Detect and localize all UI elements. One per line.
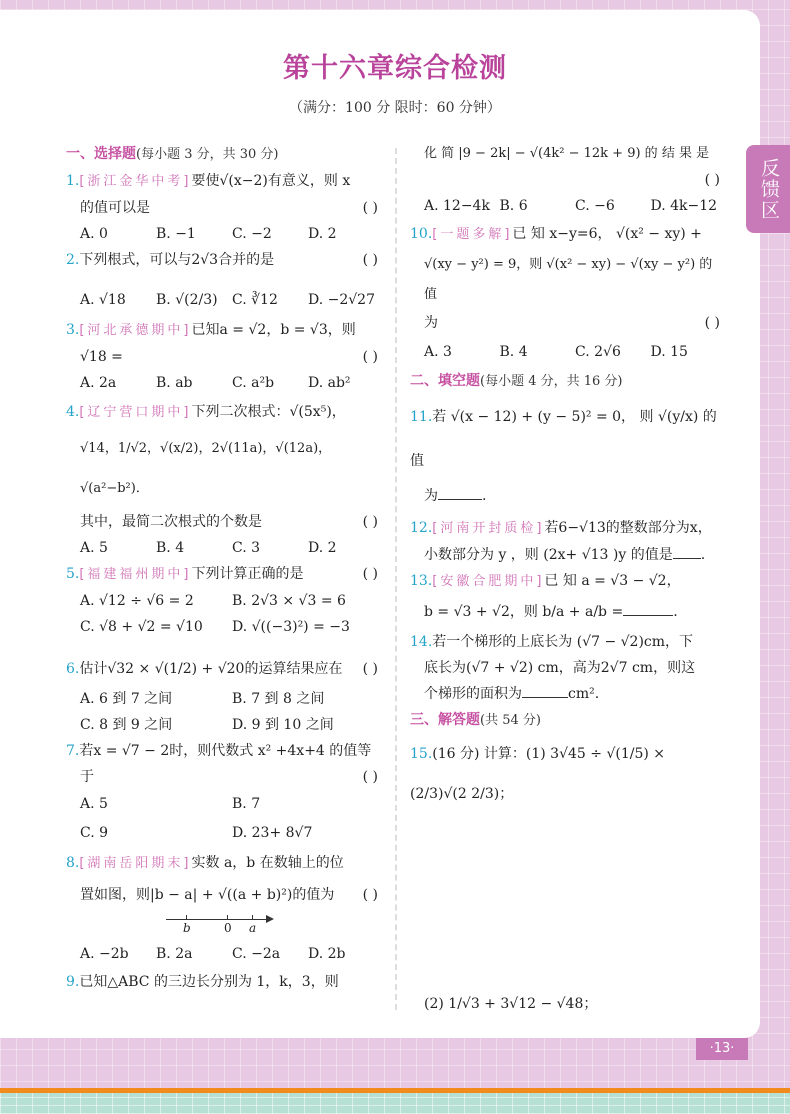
option-d: D. 4k−12 [651, 193, 727, 219]
section-heading-choice: 一、选择题(每小题 3 分，共 30 分) [66, 141, 384, 168]
question-text: 为 [424, 488, 438, 504]
options: A. 5B. 7C. 9D. 23+ 8√7 [66, 790, 384, 848]
question-text: √18 = [80, 349, 123, 365]
question-12: 12.[河南开封质检]若6−√13的整数部分为x， 小数部分为 y ，则 (2x… [410, 515, 726, 568]
punctuation: . [701, 547, 705, 563]
option-c: C. 8 到 9 之间 [80, 712, 232, 738]
question-number: 1. [66, 173, 79, 189]
section-title: 二、填空题 [410, 373, 480, 389]
feedback-tab[interactable]: 反馈区 [746, 145, 790, 233]
question-number: 5. [66, 566, 79, 582]
question-text: 若 √(x − 12) + (y − 5)² = 0， 则 √(y/x) 的 值 [410, 409, 717, 469]
option-c: C. 2√6 [575, 336, 651, 368]
question-text: 若6−√13的整数部分为x， [544, 520, 711, 536]
question-text: 化 简 |9 − 2k| − √(4k² − 12k + 9) 的 结 果 是 [410, 141, 726, 167]
question-tag: [河南开封质检] [432, 521, 544, 536]
option-a: A. 3 [424, 336, 500, 368]
question-text: 已知△ABC 的三边长分别为 1，k，3，则 [79, 974, 338, 990]
question-text: (2) 1/√3 + 3√12 − √48； [410, 984, 726, 1024]
question-9-start: 9.已知△ABC 的三边长分别为 1，k，3，则 [66, 967, 384, 997]
option-c: C. a²b [232, 370, 308, 396]
label-a: a [249, 921, 256, 935]
question-text: 的值可以是 [80, 200, 150, 216]
answer-paren[interactable]: ( ) [363, 879, 378, 911]
left-column: 一、选择题(每小题 3 分，共 30 分) 1.[浙江金华中考]要使√(x−2)… [66, 141, 384, 997]
question-text: 已 知 a = √3 − √2， [544, 573, 680, 589]
option-b: B. 2√3 × √3 = 6 [232, 588, 384, 614]
question-text: 于 [80, 769, 94, 785]
options: A. 6 到 7 之间B. 7 到 8 之间C. 8 到 9 之间D. 9 到 … [66, 686, 384, 738]
question-number: 13. [410, 573, 432, 589]
option-c: C. 3 [232, 535, 308, 561]
answer-space[interactable] [410, 814, 726, 984]
option-a: A. 6 到 7 之间 [80, 686, 232, 712]
option-d: D. ab² [308, 370, 384, 396]
option-a: A. 0 [80, 221, 156, 247]
column-divider [395, 148, 397, 1010]
answer-blank[interactable] [438, 485, 482, 500]
tick-0 [227, 915, 228, 920]
number-line-axis [166, 919, 270, 920]
question-number: 7. [66, 743, 79, 759]
option-b: B. 2a [156, 941, 232, 967]
option-a: A. 5 [80, 535, 156, 561]
section-heading-solve: 三、解答题(共 54 分) [410, 707, 726, 734]
option-d: D. 2b [308, 941, 384, 967]
question-text: 若一个梯形的上底长为 (√7 − √2)cm，下 [432, 634, 693, 650]
question-text: 已 知 x−y=6， √(x² − xy) + [512, 226, 702, 242]
question-text: 下列二次根式：√(5x⁵)， [192, 404, 346, 420]
option-a: A. −2b [80, 941, 156, 967]
option-a: A. 2a [80, 370, 156, 396]
section-note: (每小题 3 分，共 30 分) [136, 147, 279, 162]
label-b: b [183, 921, 191, 935]
question-6: 6.估计√32 × √(1/2) + √20的运算结果应在( ) A. 6 到 … [66, 652, 384, 738]
options: A. √18B. √(2/3)C. ∛12D. −2√27 [66, 283, 384, 317]
option-d: D. 23+ 8√7 [232, 819, 384, 848]
question-text: 要使√(x−2)有意义，则 x [192, 173, 351, 189]
options: A. 0B. −1C. −2D. 2 [66, 221, 384, 247]
option-b: B. √(2/3) [156, 283, 232, 317]
question-text: 下列根式，可以与2√3合并的是 [79, 252, 274, 268]
question-number: 4. [66, 404, 79, 420]
option-d: D. 2 [308, 535, 384, 561]
option-a: A. √12 ÷ √6 = 2 [80, 588, 232, 614]
option-c: C. √8 + √2 = √10 [80, 614, 232, 640]
question-text: 其中，最简二次根式的个数是 [80, 514, 262, 530]
question-text: 估计√32 × √(1/2) + √20的运算结果应在 [79, 661, 342, 677]
answer-paren[interactable]: ( ) [363, 344, 378, 370]
question-number: 3. [66, 322, 79, 338]
section-title: 一、选择题 [66, 146, 136, 162]
question-tag: [安徽合肥期中] [432, 574, 544, 589]
option-a: A. 5 [80, 790, 232, 819]
question-text: √(xy − y²) = 9，则 √(x² − xy) − √(xy − y²)… [410, 250, 726, 310]
question-text: 若x = √7 − 2时，则代数式 x² +4x+4 的值等 [79, 743, 371, 759]
question-number: 9. [66, 974, 79, 990]
question-text: √14，1/√2，√(x/2)，2√(11a)，√(12a)，√(a²−b²)． [66, 429, 384, 509]
question-text: 已知a = √2，b = √3，则 [192, 322, 356, 338]
question-text: 个梯形的面积为 [424, 686, 522, 702]
question-text: 为 [424, 315, 438, 331]
answer-paren[interactable]: ( ) [705, 310, 720, 336]
punctuation: . [482, 488, 486, 504]
question-number: 14. [410, 634, 432, 650]
question-4: 4.[辽宁营口期中]下列二次根式：√(5x⁵)， √14，1/√2，√(x/2)… [66, 396, 384, 561]
option-b: B. 6 [500, 193, 576, 219]
teal-band [0, 1093, 790, 1114]
option-b: B. 7 到 8 之间 [232, 686, 384, 712]
question-10: 10.[一题多解]已 知 x−y=6， √(x² − xy) + √(xy − … [410, 219, 726, 368]
answer-blank[interactable] [623, 601, 673, 616]
option-d: D. −2√27 [308, 283, 384, 317]
answer-paren[interactable]: ( ) [705, 167, 720, 193]
question-number: 2. [66, 252, 79, 268]
option-d: D. 9 到 10 之间 [232, 712, 384, 738]
question-text: (16 分) 计算：(1) 3√45 ÷ √(1/5) × (2/3)√(2 2… [410, 746, 665, 802]
question-text: 小数部分为 y ，则 (2x+ √13 )y 的值是 [424, 547, 673, 563]
question-2: 2.下列根式，可以与2√3合并的是( ) A. √18B. √(2/3)C. ∛… [66, 247, 384, 317]
option-c: C. 9 [80, 819, 232, 848]
question-number: 8. [66, 855, 79, 871]
option-c: C. −6 [575, 193, 651, 219]
question-7: 7.若x = √7 − 2时，则代数式 x² +4x+4 的值等 于( ) A.… [66, 738, 384, 848]
answer-paren[interactable]: ( ) [363, 509, 378, 535]
question-tag: [河北承德期中] [79, 323, 191, 338]
answer-blank[interactable] [673, 544, 701, 559]
question-text: 置如图，则|b − a| + √((a + b)²)的值为 [80, 887, 334, 903]
answer-paren[interactable]: ( ) [363, 195, 378, 221]
question-tag: [辽宁营口期中] [79, 405, 191, 420]
answer-paren[interactable]: ( ) [363, 247, 378, 273]
option-c: C. −2a [232, 941, 308, 967]
options: A. 12−4kB. 6C. −6D. 4k−12 [410, 193, 726, 219]
question-tag: [一题多解] [432, 227, 512, 242]
option-a: A. 12−4k [424, 193, 500, 219]
question-15: 15.(16 分) 计算：(1) 3√45 ÷ √(1/5) × (2/3)√(… [410, 734, 726, 1024]
question-number: 15. [410, 746, 432, 762]
tick-a [252, 915, 253, 920]
option-d: D. 15 [651, 336, 727, 368]
option-b: B. 4 [156, 535, 232, 561]
options: A. −2bB. 2aC. −2aD. 2b [66, 941, 384, 967]
option-d: D. 2 [308, 221, 384, 247]
question-tag: [福建福州期中] [79, 567, 191, 582]
right-column: 化 简 |9 − 2k| − √(4k² − 12k + 9) 的 结 果 是 … [410, 141, 726, 1024]
question-5: 5.[福建福州期中]下列计算正确的是( ) A. √12 ÷ √6 = 2B. … [66, 561, 384, 640]
question-tag: [浙江金华中考] [79, 174, 191, 189]
question-number: 11. [410, 409, 432, 425]
question-14: 14.若一个梯形的上底长为 (√7 − √2)cm，下 底长为(√7 + √2)… [410, 629, 726, 707]
question-3: 3.[河北承德期中]已知a = √2，b = √3，则 √18 =( ) A. … [66, 317, 384, 396]
option-c: C. ∛12 [232, 283, 308, 317]
answer-blank[interactable] [522, 683, 568, 698]
section-title: 三、解答题 [410, 712, 480, 728]
page-subtitle: （满分：100 分 限时：60 分钟） [0, 97, 790, 117]
question-text: b = √3 + √2，则 b/a + a/b = [424, 604, 623, 620]
options: A. 5B. 4C. 3D. 2 [66, 535, 384, 561]
question-text: 下列计算正确的是 [192, 566, 304, 582]
option-a: A. √18 [80, 283, 156, 317]
section-note: (每小题 4 分，共 16 分) [480, 374, 623, 389]
page-number: ·13· [696, 1038, 748, 1060]
option-c: C. −2 [232, 221, 308, 247]
punctuation: . [673, 604, 677, 620]
options: A. 3B. 4C. 2√6D. 15 [410, 336, 726, 368]
section-heading-fill: 二、填空题(每小题 4 分，共 16 分) [410, 368, 726, 395]
section-note: (共 54 分) [480, 713, 541, 728]
question-9-cont: 化 简 |9 − 2k| − √(4k² − 12k + 9) 的 结 果 是 … [410, 141, 726, 219]
options: A. 2aB. abC. a²bD. ab² [66, 370, 384, 396]
tick-b [186, 915, 187, 920]
page-title: 第十六章综合检测 [0, 46, 790, 85]
answer-paren[interactable]: ( ) [363, 561, 378, 587]
option-b: B. ab [156, 370, 232, 396]
option-b: B. 4 [500, 336, 576, 368]
question-8: 8.[湖南岳阳期末]实数 a，b 在数轴上的位 置如图，则|b − a| + √… [66, 848, 384, 967]
question-tag: [湖南岳阳期末] [79, 856, 191, 871]
question-1: 1.[浙江金华中考]要使√(x−2)有意义，则 x 的值可以是( ) A. 0B… [66, 168, 384, 247]
label-0: 0 [224, 921, 232, 935]
question-number: 12. [410, 520, 432, 536]
question-13: 13.[安徽合肥期中]已 知 a = √3 − √2， b = √3 + √2，… [410, 568, 726, 629]
number-line-figure: b 0 a [166, 911, 276, 941]
option-b: B. −1 [156, 221, 232, 247]
question-number: 10. [410, 226, 432, 242]
arrow-icon [266, 915, 274, 923]
answer-paren[interactable]: ( ) [363, 764, 378, 790]
question-number: 6. [66, 661, 79, 677]
question-text: 实数 a，b 在数轴上的位 [192, 855, 344, 871]
question-text: 底长为(√7 + √2) cm，高为2√7 cm，则这 [410, 655, 726, 681]
answer-paren[interactable]: ( ) [363, 652, 378, 686]
option-d: D. √((−3)²) = −3 [232, 614, 384, 640]
unit: cm². [568, 686, 599, 702]
options: A. √12 ÷ √6 = 2B. 2√3 × √3 = 6C. √8 + √2… [66, 588, 384, 640]
option-b: B. 7 [232, 790, 384, 819]
question-11: 11.若 √(x − 12) + (y − 5)² = 0， 则 √(y/x) … [410, 395, 726, 509]
